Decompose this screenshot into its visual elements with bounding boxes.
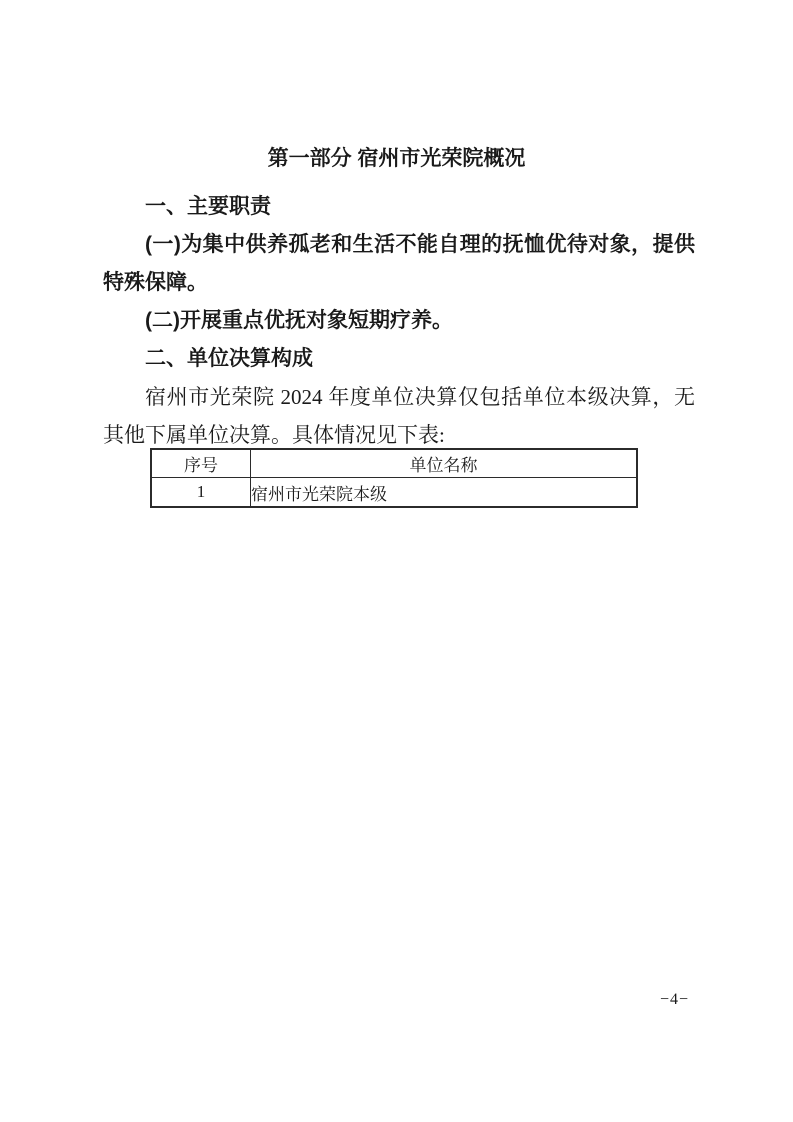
paragraph-duty-1-line-1: (一)为集中供养孤老和生活不能自理的抚恤优待对象，提供 xyxy=(103,226,695,264)
document-page: 第一部分 宿州市光荣院概况 一、主要职责 (一)为集中供养孤老和生活不能自理的抚… xyxy=(0,0,793,1122)
table-cell-unit-name: 宿州市光荣院本级 xyxy=(251,478,638,508)
page-number: −4− xyxy=(660,990,689,1010)
unit-table: 序号 单位名称 1 宿州市光荣院本级 xyxy=(150,448,638,508)
table-cell-index: 1 xyxy=(151,478,251,508)
paragraph-duty-2: (二)开展重点优抚对象短期疗养。 xyxy=(103,302,695,340)
document-title: 第一部分 宿州市光荣院概况 xyxy=(0,140,793,178)
paragraph-duty-1-line-2: 特殊保障。 xyxy=(103,264,695,302)
document-body: 一、主要职责 (一)为集中供养孤老和生活不能自理的抚恤优待对象，提供 特殊保障。… xyxy=(103,188,695,454)
section-heading-main-duties: 一、主要职责 xyxy=(103,188,695,226)
section-heading-unit-composition: 二、单位决算构成 xyxy=(103,340,695,378)
table-header-index: 序号 xyxy=(151,449,251,478)
paragraph-composition-line-1: 宿州市光荣院 2024 年度单位决算仅包括单位本级决算，无 xyxy=(103,378,695,416)
table-header-unit-name: 单位名称 xyxy=(251,449,638,478)
table-row: 1 宿州市光荣院本级 xyxy=(151,478,637,508)
unit-table-header-row: 序号 单位名称 xyxy=(151,449,637,478)
